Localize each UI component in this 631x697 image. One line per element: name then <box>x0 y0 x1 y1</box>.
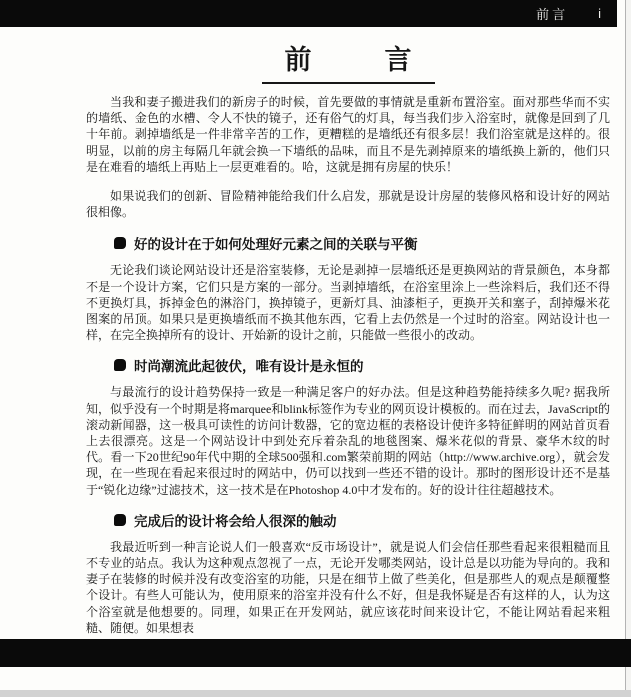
section-3-paragraph: 我最近听到一种言论说人们一般喜欢“反市场设计”，就是说人们会信任那些看起来很粗糙… <box>86 539 610 636</box>
header-page-number: i <box>598 6 601 21</box>
page-right-margin <box>626 0 631 690</box>
page-content: 前 言 当我和妻子搬进我们的新房子的时候，首先要做的事情就是重新布置浴室。面对那… <box>86 36 610 636</box>
section-1-paragraph: 无论我们谈论网站设计还是浴室装修，无论是剥掉一层墙纸还是更换网站的背景颜色，本身… <box>86 262 610 343</box>
page-edge-shadow <box>625 0 626 690</box>
section-1-heading: 好的设计在于如何处理好元素之间的关联与平衡 <box>114 233 610 253</box>
page-header-bar: 前言 i <box>0 0 617 27</box>
section-3: 完成后的设计将会给人很深的触动 我最近听到一种言论说人们一般喜欢“反市场设计”，… <box>86 510 610 636</box>
section-3-heading: 完成后的设计将会给人很深的触动 <box>114 510 610 530</box>
scanned-page-surface: 前言 i 前 言 当我和妻子搬进我们的新房子的时候，首先要做的事情就是重新布置浴… <box>0 0 631 697</box>
section-1-heading-label: 好的设计在于如何处理好元素之间的关联与平衡 <box>134 233 418 253</box>
intro-paragraph-1: 当我和妻子搬进我们的新房子的时候，首先要做的事情就是重新布置浴室。面对那些华而不… <box>86 94 610 175</box>
header-chapter-label: 前言 <box>536 4 568 23</box>
section-3-heading-label: 完成后的设计将会给人很深的触动 <box>134 510 337 530</box>
page-footer-bar <box>0 639 631 667</box>
section-2: 时尚潮流此起彼伏，唯有设计是永恒的 与最流行的设计趋势保持一致是一种满足客户的好… <box>86 355 610 497</box>
section-2-heading-label: 时尚潮流此起彼伏，唯有设计是永恒的 <box>134 355 364 375</box>
intro-paragraph-2: 如果说我们的创新、冒险精神能给我们什么启发，那就是设计房屋的装修风格和设计好的网… <box>86 188 610 220</box>
section-bullet-icon <box>114 514 126 526</box>
section-bullet-icon <box>114 359 126 371</box>
section-1: 好的设计在于如何处理好元素之间的关联与平衡 无论我们谈论网站设计还是浴室装修，无… <box>86 233 610 343</box>
section-2-heading: 时尚潮流此起彼伏，唯有设计是永恒的 <box>114 355 610 375</box>
section-bullet-icon <box>114 237 126 249</box>
page-title-text: 前 言 <box>262 38 435 84</box>
section-2-paragraph: 与最流行的设计趋势保持一致是一种满足客户的好办法。但是这种趋势能持续多久呢? 据… <box>86 384 610 497</box>
page-title: 前 言 <box>86 38 610 84</box>
